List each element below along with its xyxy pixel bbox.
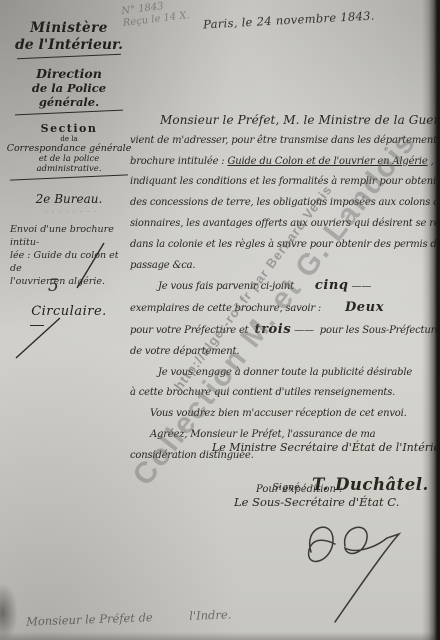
expedition-label: Pour expédition :: [256, 484, 342, 495]
body-lines: Monsieur le Préfet, M. le Ministre de la…: [130, 110, 434, 467]
section-title: Section: [6, 122, 132, 135]
section-line3: Correspondance générale: [6, 143, 132, 154]
slash-marks-icon: [0, 230, 130, 370]
direction-line1: Direction: [6, 66, 132, 81]
handwritten-line: des concessions de terre, les obligation…: [130, 193, 434, 214]
divider: [10, 174, 128, 180]
addressee-line: Monsieur le Préfet de l'Indre.: [26, 607, 232, 628]
letter-page: N° 1843 Reçu le 14 X. Paris, le 24 novem…: [0, 0, 440, 640]
handwritten-line: à cette brochure qui contient d'utiles r…: [130, 383, 434, 404]
handwritten-line: Je vous engage à donner toute la publici…: [130, 363, 434, 384]
handwritten-line: Monsieur le Préfet, M. le Ministre de la…: [130, 110, 434, 131]
section-line2: de la: [6, 135, 132, 143]
bureau-label: 2e Bureau.: [6, 192, 132, 206]
handwritten-line: sionnaires, les avantages offerts aux ou…: [130, 214, 434, 235]
handwritten-line: brochure intitulée : Guide du Colon et d…: [130, 152, 434, 173]
closing-minister-line: Le Ministre Secrétaire d'État de l'Intér…: [212, 441, 440, 454]
ink-smudge: [0, 583, 18, 640]
handwritten-line: indiquant les conditions et les formalit…: [130, 172, 434, 193]
signature-flourish-icon: [283, 510, 423, 629]
scan-edge-bottom: [0, 632, 440, 640]
handwritten-line: passage &ca.: [130, 256, 434, 277]
handwritten-line: Je vous fais parvenir ci-joint cinq ——: [130, 276, 434, 298]
handwritten-line: vient de m'adresser, pour être transmise…: [130, 131, 434, 152]
ministry-name-line1: Ministère: [6, 20, 132, 36]
divider: [15, 110, 123, 116]
under-secretary-line: Le Sous-Secrétaire d'État C.: [234, 495, 399, 509]
divider: [17, 54, 121, 60]
section-line4: et de la police administrative.: [6, 154, 132, 174]
margin-number: 5: [48, 276, 59, 296]
handwritten-line: de votre département.: [130, 342, 434, 363]
dateline: Paris, le 24 novembre 1843.: [203, 9, 375, 32]
direction-line2: de la Police générale.: [6, 81, 132, 109]
handwritten-line: dans la colonie et les règles à suivre p…: [130, 235, 434, 256]
margin-marks: 5: [0, 230, 130, 370]
handwritten-line: exemplaires de cette brochure, savoir : …: [130, 298, 434, 320]
ministry-name-line2: de l'Intérieur.: [6, 37, 132, 53]
squiggle-underline: [23, 206, 115, 212]
handwritten-line: Vous voudrez bien m'accuser réception de…: [130, 404, 434, 425]
handwritten-line: pour votre Préfecture et trois —— pour l…: [130, 320, 434, 342]
